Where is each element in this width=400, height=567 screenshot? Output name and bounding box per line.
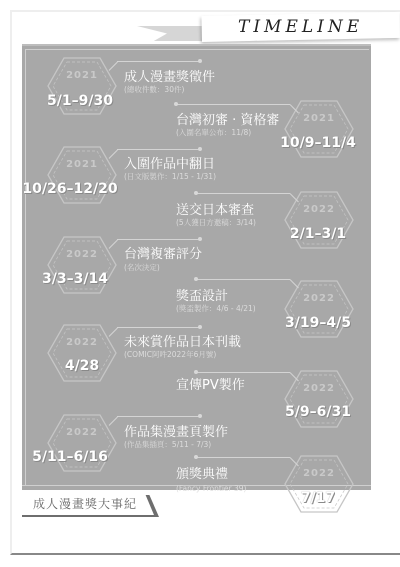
- event-subtitle: (5人獲日方邀稿：3/14): [176, 217, 256, 228]
- event-subtitle: (總收件數：30件): [124, 84, 184, 95]
- event-title: 頒獎典禮: [176, 463, 228, 482]
- event-title: 入圍作品中翻日: [124, 153, 215, 172]
- event-subtitle: (COMIC阿吽2022年6月號): [124, 349, 216, 360]
- event-year: 2021: [47, 70, 117, 81]
- event-title: 獎盃設計: [176, 285, 228, 304]
- connector-line: [196, 457, 290, 458]
- event-title: 台灣複審評分: [124, 243, 202, 262]
- connector-line: [117, 327, 200, 328]
- event-subtitle: (作品集插頁：5/11 - 7/3): [124, 439, 211, 450]
- event-date: 3/19–4/5: [258, 315, 378, 331]
- event-title: 台灣初審 · 資格審: [176, 109, 279, 128]
- connector-dot-icon: [198, 414, 202, 418]
- event-year: 2022: [284, 468, 354, 479]
- connector-dot-icon: [198, 59, 202, 63]
- event-subtitle: (日文版製作：1/15 - 1/31): [124, 171, 216, 182]
- connector-dot-icon: [194, 191, 198, 195]
- event-title: 送交日本審查: [176, 199, 254, 218]
- connector-dot-icon: [198, 147, 202, 151]
- connector-dot-icon: [194, 370, 198, 374]
- event-year: 2022: [47, 249, 117, 260]
- connector-dot-icon: [198, 237, 202, 241]
- event-title: 宣傳PV製作: [176, 374, 245, 393]
- caption-label: 成人漫畫獎大事紀: [33, 495, 137, 512]
- event-year: 2022: [47, 337, 117, 348]
- event-title: 未來賞作品日本刊載: [124, 331, 241, 350]
- event-date: 3/3–3/14: [15, 271, 135, 287]
- connector-dot-icon: [194, 455, 198, 459]
- connector-dot-icon: [194, 277, 198, 281]
- connector-dot-icon: [198, 325, 202, 329]
- connector-line: [176, 104, 290, 105]
- connector-line: [196, 193, 290, 194]
- event-subtitle: (入圍名單公布：11/8): [176, 127, 251, 138]
- event-subtitle: (獎盃製作：4/6 - 4/21): [176, 303, 256, 314]
- event-date: 10/9–11/4: [258, 135, 378, 151]
- event-date: 5/1–9/30: [20, 93, 140, 109]
- event-year: 2022: [284, 204, 354, 215]
- event-date: 2/1–3/1: [258, 226, 378, 242]
- event-title: 成人漫畫獎徵件: [124, 66, 215, 85]
- event-date: 7/17: [258, 490, 378, 506]
- connector-line: [117, 239, 200, 240]
- event-subtitle: (Fancy Frontier 39): [176, 484, 246, 493]
- connector-line: [117, 149, 200, 150]
- event-date: 5/11–6/16: [10, 449, 130, 465]
- page-title: TIMELINE: [238, 15, 378, 39]
- connector-line: [196, 279, 290, 280]
- event-date: 10/26–12/20: [10, 181, 130, 197]
- event-year: 2022: [284, 293, 354, 304]
- event-subtitle: (名次決定): [124, 262, 160, 273]
- event-year: 2022: [284, 383, 354, 394]
- connector-line: [196, 372, 290, 373]
- event-title: 作品集漫畫頁製作: [124, 421, 228, 440]
- event-date: 5/9–6/31: [258, 404, 378, 420]
- event-year: 2021: [47, 159, 117, 170]
- event-year: 2021: [284, 113, 354, 124]
- connector-line: [117, 416, 200, 417]
- event-year: 2022: [47, 427, 117, 438]
- connector-line: [117, 61, 200, 62]
- event-date: 4/28: [22, 358, 142, 374]
- connector-dot-icon: [174, 102, 178, 106]
